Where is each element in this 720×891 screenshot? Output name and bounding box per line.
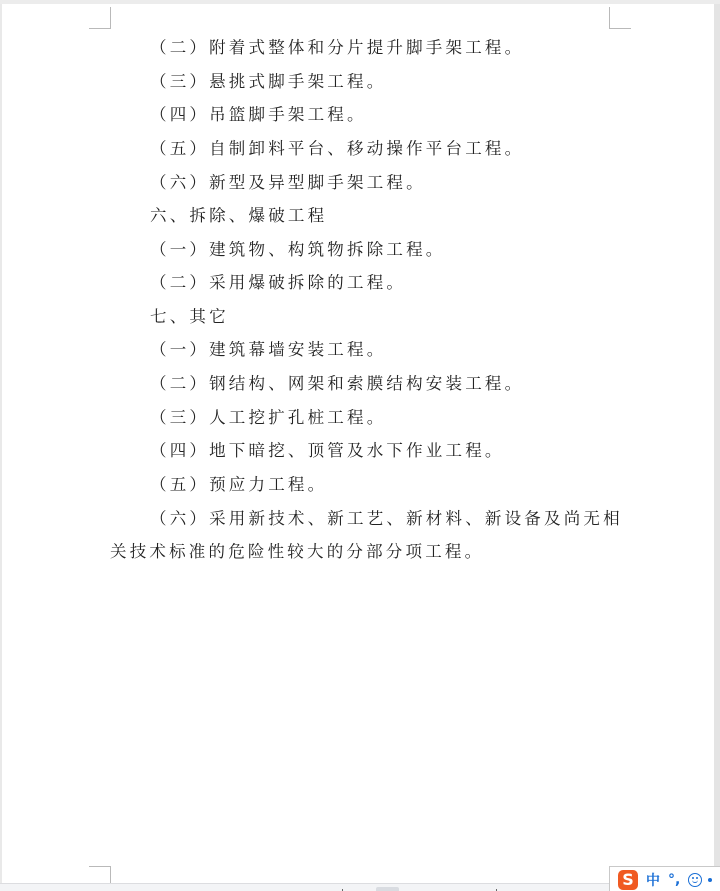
section-heading[interactable]: 六、拆除、爆破工程 [150, 206, 327, 226]
paragraph[interactable]: （一）建筑物、构筑物拆除工程。 [150, 240, 446, 260]
paragraph[interactable]: （五）预应力工程。 [150, 475, 327, 495]
sogou-logo-icon[interactable]: S [618, 870, 638, 890]
paragraph[interactable]: （一）建筑幕墙安装工程。 [150, 340, 386, 360]
margin-corner-top-right [609, 7, 631, 29]
paragraph[interactable]: （二）附着式整体和分片提升脚手架工程。 [150, 38, 524, 58]
ime-more-icon[interactable] [708, 878, 712, 882]
paragraph[interactable]: （二）钢结构、网架和索膜结构安装工程。 [150, 374, 524, 394]
paragraph[interactable]: （四）吊篮脚手架工程。 [150, 105, 367, 125]
paragraph[interactable]: （三）人工挖扩孔桩工程。 [150, 408, 386, 428]
ime-mode-toggle[interactable]: 中 [646, 870, 660, 890]
paragraph[interactable]: （四）地下暗挖、顶管及水下作业工程。 [150, 441, 505, 461]
paragraph[interactable]: （三）悬挑式脚手架工程。 [150, 72, 386, 92]
ime-punctuation-toggle[interactable]: °, [668, 872, 680, 888]
ime-toolbar[interactable]: S 中 °, [609, 866, 720, 891]
paragraph[interactable]: （二）采用爆破拆除的工程。 [150, 273, 406, 293]
paragraph[interactable]: （六）新型及异型脚手架工程。 [150, 173, 426, 193]
vertical-scrollbar[interactable] [714, 4, 720, 883]
paragraph[interactable]: （六）采用新技术、新工艺、新材料、新设备及尚无相 [150, 509, 623, 529]
document-page[interactable]: （二）附着式整体和分片提升脚手架工程。 （三）悬挑式脚手架工程。 （四）吊篮脚手… [2, 4, 714, 883]
paragraph-continuation[interactable]: 关技术标准的危险性较大的分部分项工程。 [110, 542, 484, 562]
section-heading[interactable]: 七、其它 [150, 307, 229, 327]
smiley-icon[interactable] [688, 873, 702, 887]
paragraph[interactable]: （五）自制卸料平台、移动操作平台工程。 [150, 139, 524, 159]
status-bar-scroll-thumb[interactable] [376, 887, 399, 891]
margin-corner-top-left [89, 7, 111, 29]
